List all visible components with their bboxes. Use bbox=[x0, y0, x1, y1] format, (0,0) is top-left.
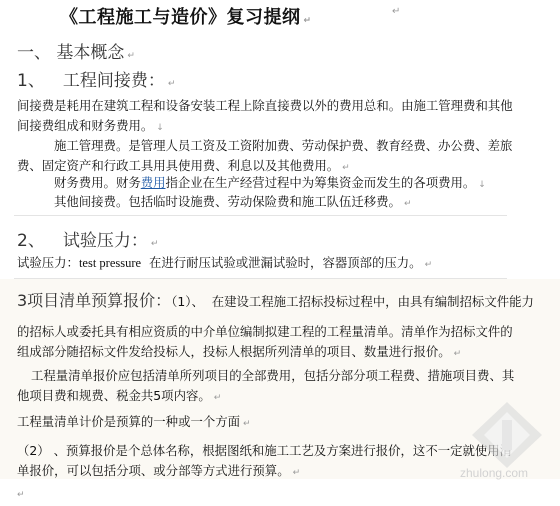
watermark-text: zhulong.com bbox=[460, 466, 528, 480]
paragraph-quotation-content: 工程量清单报价应包括清单所列项目的全部费用，包括分部分项工程费、措施项目费、其他… bbox=[17, 366, 517, 408]
horizontal-rule bbox=[14, 215, 507, 216]
paragraph-mark: ↵ bbox=[17, 490, 25, 500]
paragraph-budget-quotation: （2） 、预算报价是个总体名称，根据图纸和施工工艺及方案进行报价，这不一定就使用… bbox=[17, 441, 517, 483]
horizontal-rule bbox=[14, 278, 507, 279]
paragraph-management-fee: 施工管理费。是管理人员工资及工资附加费、劳动保护费、教育经费、办公费、差旅费、固… bbox=[17, 136, 517, 178]
item-heading-test-pressure: 2、试验压力：↵ bbox=[17, 226, 158, 251]
paragraph-other-indirect-cost: 其他间接费。包括临时设施费、劳动保险费和施工队伍迁移费。↵ bbox=[54, 192, 411, 214]
document-title: 《工程施工与造价》复习提纲↵ bbox=[60, 3, 312, 29]
paragraph-mark: ↵ bbox=[392, 6, 400, 17]
paragraph-pricing-aspect: 工程量清单计价是预算的一种或一个方面↵ bbox=[17, 412, 251, 434]
item-heading-indirect-cost: 1、工程间接费：↵ bbox=[17, 66, 175, 91]
paragraph-test-pressure: 试验压力：test pressure 在进行耐压试验或泄漏试验时，容器顶部的压力… bbox=[17, 253, 432, 275]
link-fee[interactable]: 费用 bbox=[141, 175, 166, 190]
watermark-logo-icon bbox=[462, 400, 552, 470]
paragraph-bill-of-quantities: 的招标人或委托具有相应资质的中介单位编制拟建工程的工程量清单。清单作为招标文件的… bbox=[17, 322, 517, 364]
section-heading-basic-concepts: 一、 基本概念↵ bbox=[17, 38, 135, 63]
item-heading-bill-of-quantities: 3项目清单预算报价：（1）、 在建设工程施工招标投标过程中，由具有编制招标文件能… bbox=[17, 291, 534, 312]
paragraph-indirect-cost-definition: 间接费是耗用在建筑工程和设备安装工程上除直接费以外的费用总和。由施工管理费和其他… bbox=[17, 96, 517, 138]
